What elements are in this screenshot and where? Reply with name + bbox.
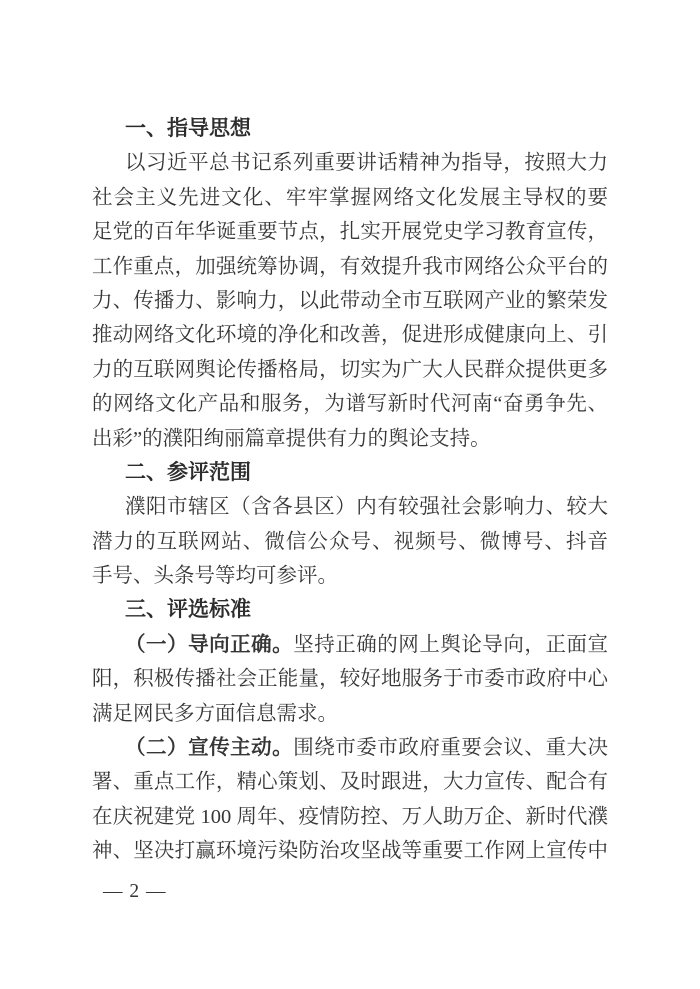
- text-line: 手号、头条号等均可参评。: [92, 559, 608, 593]
- paragraph: 以习近平总书记系列重要讲话精神为指导，按照大力发展社会主义先进文化、牢牢掌握网络…: [92, 146, 608, 456]
- paragraph: （二）宣传主动。围绕市委市政府重要会议、重大决策部署、重点工作，精心策划、及时跟…: [92, 731, 608, 869]
- page-number: — 2 —: [103, 880, 167, 904]
- text-line: 满足网民多方面信息需求。: [92, 697, 608, 731]
- paragraph: 濮阳市辖区（含各县区）内有较强社会影响力、较大发展潜力的互联网站、微信公众号、视…: [92, 490, 608, 593]
- text-line: 阳，积极传播社会正能量，较好地服务于市委市政府中心工作，: [92, 662, 608, 696]
- paragraph: （一）导向正确。坚持正确的网上舆论导向，正面宣传濮阳，积极传播社会正能量，较好地…: [92, 628, 608, 731]
- text-line: 濮阳市辖区（含各县区）内有较强社会影响力、较大发展: [92, 490, 608, 524]
- paragraph-lead: （二）宣传主动。: [125, 737, 293, 759]
- document-page: 一、指导思想以习近平总书记系列重要讲话精神为指导，按照大力发展社会主义先进文化、…: [0, 0, 700, 989]
- text-line: 社会主义先进文化、牢牢掌握网络文化发展主导权的要求，立: [92, 181, 608, 215]
- text-line: 力、传播力、影响力，以此带动全市互联网产业的繁荣发展，: [92, 284, 608, 318]
- text-line: 工作重点，加强统筹协调，有效提升我市网络公众平台的竞争: [92, 250, 608, 284]
- text-line: 署、重点工作，精心策划、及时跟进，大力宣传、配合有力。: [92, 765, 608, 799]
- text-line: 以习近平总书记系列重要讲话精神为指导，按照大力发展: [92, 146, 608, 180]
- text-line: 出彩”的濮阳绚丽篇章提供有力的舆论支持。: [92, 422, 608, 456]
- text-line: 潜力的互联网站、微信公众号、视频号、微博号、抖音号、快: [92, 525, 608, 559]
- text-line: 的网络文化产品和服务，为谱写新时代河南“奋勇争先、更加: [92, 387, 608, 421]
- document-body: 一、指导思想以习近平总书记系列重要讲话精神为指导，按照大力发展社会主义先进文化、…: [92, 112, 608, 869]
- text-line: 在庆祝建党 100 周年、疫情防控、万人助万企、新时代濮阳精: [92, 800, 608, 834]
- text-line: 推动网络文化环境的净化和改善，促进形成健康向上、引导有: [92, 318, 608, 352]
- paragraph-lead: （一）导向正确。: [125, 634, 293, 656]
- section-heading: 二、参评范围: [92, 456, 608, 490]
- text-line: 力的互联网舆论传播格局，切实为广大人民群众提供更多更好: [92, 353, 608, 387]
- text-line: 神、坚决打赢环境污染防治攻坚战等重要工作网上宣传中表现: [92, 834, 608, 868]
- section-heading: 一、指导思想: [92, 112, 608, 146]
- text-line: 足党的百年华诞重要节点，扎实开展党史学习教育宣传，突出: [92, 215, 608, 249]
- text-line: （一）导向正确。坚持正确的网上舆论导向，正面宣传濮: [92, 628, 608, 662]
- text-line: （二）宣传主动。围绕市委市政府重要会议、重大决策部: [92, 731, 608, 765]
- section-heading: 三、评选标准: [92, 593, 608, 627]
